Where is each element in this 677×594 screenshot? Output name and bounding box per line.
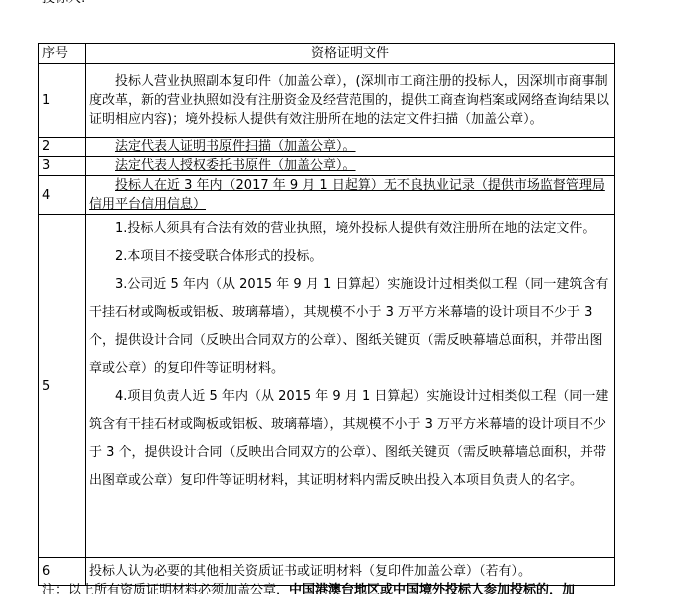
table-row: 6 投标人认为必要的其他相关资质证书或证明材料（复印件加盖公章）（若有）。 [39,558,615,586]
row-number: 4 [39,176,86,215]
section-label-bidder: 投标人: [42,0,85,7]
row-text: 1.投标人须具有合法有效的营业执照，境外投标人提供有效注册所在地的法定文件。 2… [86,215,615,558]
footer-note: 注：以上所有资质证明材料必须加盖公章，中国港澳台地区或中国境外投标人参加投标的，… [42,583,575,594]
row-text: 法定代表人授权委托书原件（加盖公章）。 [86,157,615,176]
row-text: 投标人营业执照副本复印件（加盖公章），(深圳市工商注册的投标人，因深圳市商事制度… [86,64,615,138]
row-text: 投标人在近 3 年内（2017 年 9 月 1 日起算）无不良执业记录（提供市场… [86,176,615,215]
row-number: 2 [39,138,86,157]
row-number: 3 [39,157,86,176]
requirement-paragraph: 3.公司近 5 年内（从 2015 年 9 月 1 日算起）实施设计过相类似工程… [89,271,611,383]
requirement-text: 投标人营业执照副本复印件（加盖公章），(深圳市工商注册的投标人，因深圳市商事制度… [89,72,611,129]
table-row: 2 法定代表人证明书原件扫描（加盖公章）。 [39,138,615,157]
table-row: 1 投标人营业执照副本复印件（加盖公章），(深圳市工商注册的投标人，因深圳市商事… [39,64,615,138]
requirement-text: 投标人在近 3 年内（2017 年 9 月 1 日起算）无不良执业记录（提供市场… [89,176,611,214]
requirement-paragraph: 1.投标人须具有合法有效的营业执照，境外投标人提供有效注册所在地的法定文件。 [89,215,611,243]
table-header-row: 序号 资格证明文件 [39,44,615,64]
requirement-text: 法定代表人授权委托书原件（加盖公章）。 [89,157,611,175]
qualification-table: 序号 资格证明文件 1 投标人营业执照副本复印件（加盖公章），(深圳市工商注册的… [38,43,615,586]
header-serial-number: 序号 [39,44,86,64]
table-row: 5 1.投标人须具有合法有效的营业执照，境外投标人提供有效注册所在地的法定文件。… [39,215,615,558]
row-text: 投标人认为必要的其他相关资质证书或证明材料（复印件加盖公章）（若有）。 [86,558,615,586]
requirement-paragraph: 2.本项目不接受联合体形式的投标。 [89,243,611,271]
row-text: 法定代表人证明书原件扫描（加盖公章）。 [86,138,615,157]
requirement-text: 法定代表人证明书原件扫描（加盖公章）。 [89,138,611,156]
table-row: 4 投标人在近 3 年内（2017 年 9 月 1 日起算）无不良执业记录（提供… [39,176,615,215]
footer-note-bold: 中国港澳台地区或中国境外投标人参加投标的，加 [289,583,575,594]
table-row: 3 法定代表人授权委托书原件（加盖公章）。 [39,157,615,176]
row-number: 5 [39,215,86,558]
row-number: 1 [39,64,86,138]
row-number: 6 [39,558,86,586]
header-qualification-document: 资格证明文件 [86,44,615,64]
requirement-paragraph: 4.项目负责人近 5 年内（从 2015 年 9 月 1 日算起）实施设计过相类… [89,383,611,495]
footer-note-normal: 注：以上所有资质证明材料必须加盖公章， [42,583,289,594]
